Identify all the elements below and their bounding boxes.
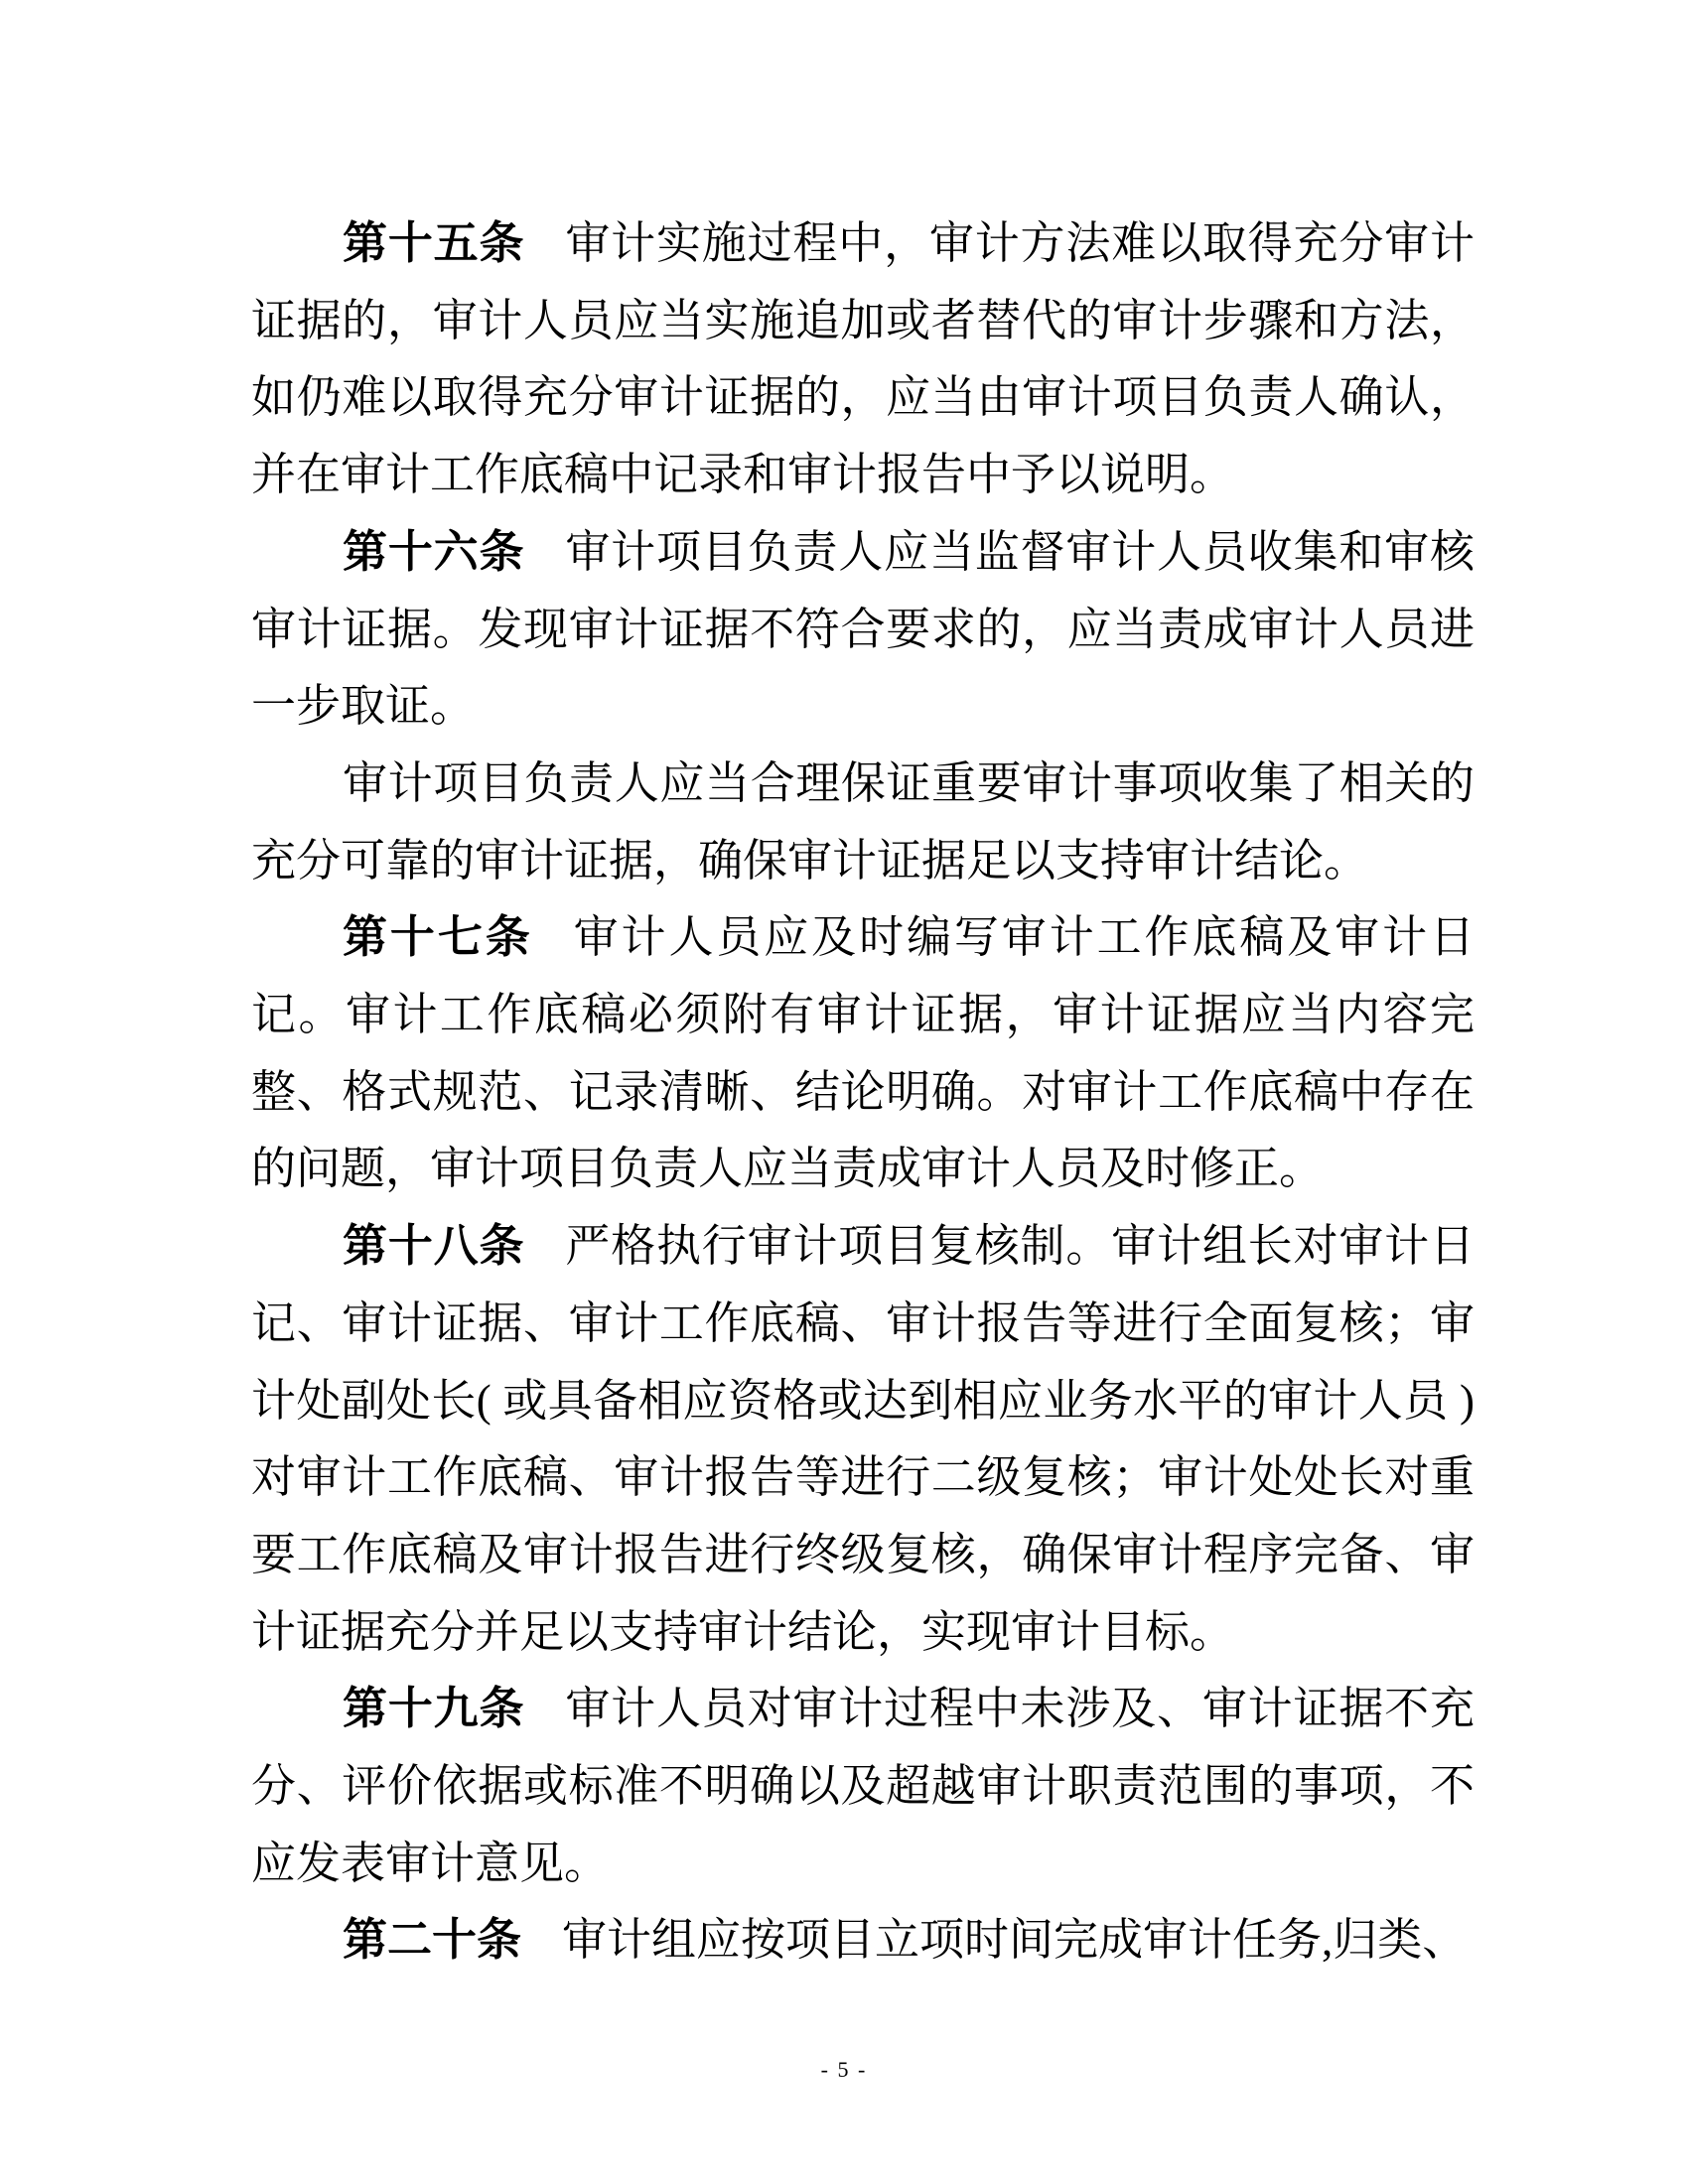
article-20-text: 审计组应按项目立项时间完成审计任务,归类、 (562, 1915, 1467, 1965)
article-19-number: 第十九条 (343, 1684, 524, 1733)
page-number: - 5 - (821, 2057, 868, 2082)
article-18-text: 严格执行审计项目复核制。审计组长对审计日记、审计证据、审计工作底稿、审计报告等进… (251, 1221, 1475, 1657)
paragraph-article-17: 第十七条审计人员应及时编写审计工作底稿及审计日记。审计工作底稿必须附有审计证据，… (251, 899, 1475, 1208)
paragraph-article-15: 第十五条审计实施过程中，审计方法难以取得充分审计证据的，审计人员应当实施追加或者… (251, 205, 1475, 514)
article-20-number: 第二十条 (343, 1915, 521, 1965)
article-17-number: 第十七条 (343, 912, 533, 962)
article-15-number: 第十五条 (343, 218, 524, 268)
document-body: 第十五条审计实施过程中，审计方法难以取得充分审计证据的，审计人员应当实施追加或者… (251, 205, 1475, 1979)
paragraph-article-20: 第二十条审计组应按项目立项时间完成审计任务,归类、 (251, 1902, 1475, 1979)
article-16-continued-text: 审计项目负责人应当合理保证重要审计事项收集了相关的充分可靠的审计证据，确保审计证… (251, 758, 1475, 886)
paragraph-article-18: 第十八条严格执行审计项目复核制。审计组长对审计日记、审计证据、审计工作底稿、审计… (251, 1208, 1475, 1671)
paragraph-article-16-continued: 审计项目负责人应当合理保证重要审计事项收集了相关的充分可靠的审计证据，确保审计证… (251, 746, 1475, 899)
paragraph-article-16: 第十六条审计项目负责人应当监督审计人员收集和审核审计证据。发现审计证据不符合要求… (251, 514, 1475, 746)
paragraph-article-19: 第十九条审计人员对审计过程中未涉及、审计证据不充分、评价依据或标准不明确以及超越… (251, 1671, 1475, 1902)
article-18-number: 第十八条 (343, 1221, 524, 1271)
document-page: 第十五条审计实施过程中，审计方法难以取得充分审计证据的，审计人员应当实施追加或者… (0, 0, 1688, 2184)
page-footer: - 5 - (0, 2057, 1688, 2083)
article-16-number: 第十六条 (343, 527, 524, 577)
